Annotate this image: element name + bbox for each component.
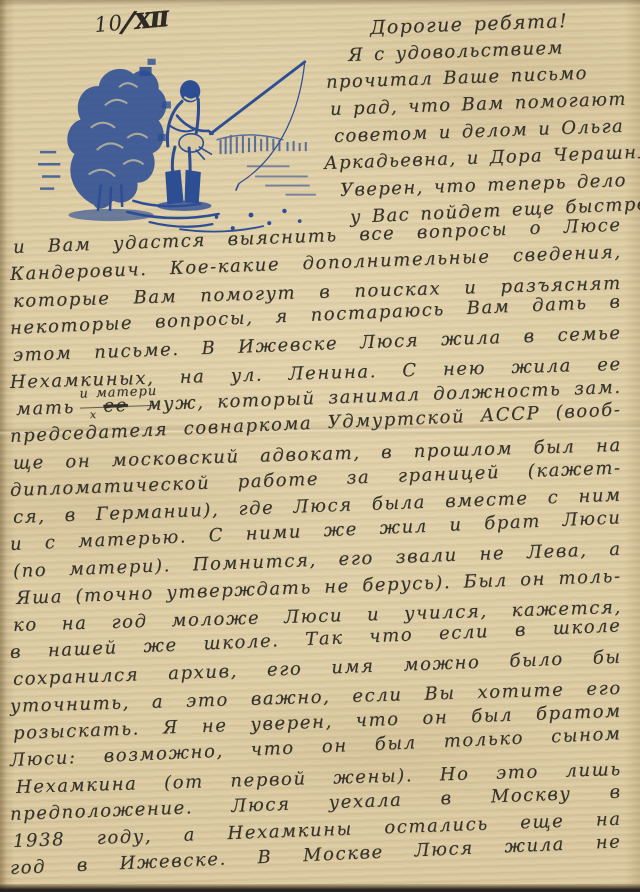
date-slash: / — [120, 5, 136, 41]
fisherman-illustration — [38, 52, 322, 236]
date-annotation: 10/XII — [93, 0, 169, 40]
fisherman-figure — [166, 80, 213, 204]
bush-foliage — [38, 59, 171, 221]
paper-edge-left — [0, 0, 7, 892]
fishing-rod — [210, 62, 304, 191]
inserted-word: и матери — [79, 378, 158, 409]
date-month: XII — [134, 6, 169, 34]
column-lines: Дорогие ребята!Я с удовольствиемпрочитал… — [318, 15, 640, 231]
line-text: мать — [16, 396, 88, 420]
letter-page: 10/XII — [0, 0, 640, 892]
date-day: 10 — [93, 11, 124, 37]
distant-shore — [217, 135, 316, 195]
paper-edge-bottom — [0, 884, 640, 892]
body-lines: и Вам удастся выяснить все вопросы о Люс… — [10, 234, 632, 882]
